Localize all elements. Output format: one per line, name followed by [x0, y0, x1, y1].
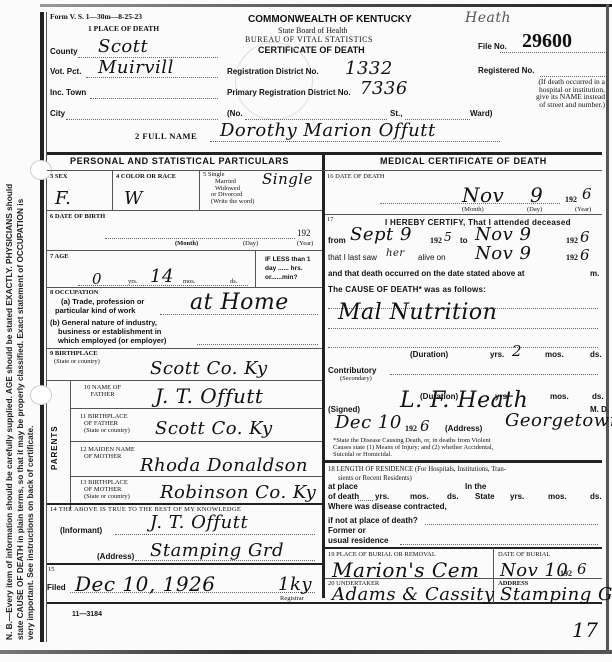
- registrar-label: Registrar: [280, 595, 304, 602]
- certify-number: 17: [327, 216, 334, 223]
- signed-year: 192: [405, 424, 417, 433]
- vot-pct-value: Muirvill: [98, 57, 174, 78]
- occurred-text: and that death occurred on the date stat…: [328, 269, 524, 278]
- footer-code: 11—3184: [72, 611, 102, 618]
- former-label: Former or: [328, 526, 366, 535]
- top-right-annotation: Heath: [465, 10, 511, 26]
- contributory-label: Contributory: [328, 366, 376, 375]
- full-name-value: Dorothy Marion Offutt: [220, 120, 436, 141]
- file-number: 29600: [522, 30, 572, 53]
- side-instructions: N. B.—Every item of information should b…: [4, 20, 38, 640]
- in-the-label: In the: [465, 482, 486, 491]
- res-state-mos: mos.: [548, 492, 567, 501]
- dob-month-label: (Month): [175, 240, 198, 247]
- to-label: to: [460, 236, 468, 245]
- signed-year-suffix: 6: [420, 417, 430, 435]
- death-year-label: (Year): [575, 206, 591, 213]
- informant-label: (Informant): [60, 526, 102, 535]
- medical-section-title: MEDICAL CERTIFICATE OF DEATH: [380, 156, 547, 166]
- m-label: m.: [590, 269, 599, 278]
- burial-year: 192: [560, 569, 572, 578]
- header-commonwealth: COMMONWEALTH OF KENTUCKY: [248, 14, 412, 25]
- mother-birthplace-label: 13 BIRTHPLACE OF MOTHER (State or countr…: [80, 479, 130, 500]
- faint-seal: [235, 42, 313, 120]
- sex-label: 3 SEX: [50, 173, 68, 180]
- bottom-annotation: 17: [572, 618, 598, 642]
- res-place-ds: ds.: [447, 492, 459, 501]
- ward-label: Ward): [470, 109, 492, 118]
- informant-value: J. T. Offutt: [150, 512, 248, 533]
- death-day-label: (Day): [527, 206, 542, 213]
- signed-date: Dec 10: [335, 412, 402, 433]
- race-value: W: [124, 188, 143, 209]
- undertaker-address: Stamping Grd: [500, 584, 612, 605]
- ds-label: ds.: [230, 278, 237, 285]
- father-name-value: J. T. Offutt: [155, 384, 263, 408]
- death-certificate-page: N. B.—Every item of information should b…: [0, 0, 612, 662]
- dob-label: 6 DATE OF BIRTH: [50, 213, 105, 220]
- birthplace-value: Scott Co. Ky: [150, 358, 268, 379]
- from-year: 192: [430, 236, 442, 245]
- st-label: St.,: [390, 109, 402, 118]
- side-note-line-3: very important. See instructions on back…: [25, 20, 36, 640]
- date-of-death-label: 16 DATE OF DEATH: [327, 173, 385, 180]
- to-year: 192: [566, 236, 578, 245]
- secondary-label: (Secondary): [340, 375, 372, 382]
- occupation-b-label: (b) General nature of industry, business…: [50, 318, 166, 345]
- informant-address-label: (Address): [97, 552, 134, 561]
- burial-year-suffix: 6: [577, 560, 587, 578]
- of-death-label: of death: [328, 492, 359, 501]
- state-label: State: [475, 492, 495, 501]
- full-name-label: 2 FULL NAME: [135, 131, 197, 141]
- sex-value: F.: [55, 188, 71, 209]
- contrib-ds-label: ds.: [592, 392, 604, 401]
- inc-town-label: Inc. Town: [50, 88, 86, 97]
- from-date: Sept 9: [350, 224, 412, 245]
- res-state-yrs: yrs.: [510, 492, 524, 501]
- informant-address-value: Stamping Grd: [150, 540, 284, 561]
- primary-registration-label: Primary Registration District No.: [227, 88, 351, 97]
- duration-label: (Duration): [410, 350, 448, 359]
- if-less-label: IF LESS than 1 day ...... hrs. or......m…: [265, 255, 311, 282]
- race-label: 4 COLOR OR RACE: [116, 173, 176, 180]
- birthplace-label: 9 BIRTHPLACE: [50, 350, 98, 357]
- age-label: 7 AGE: [50, 253, 69, 260]
- physician-address-label: (Address): [445, 424, 482, 433]
- header-board: State Board of Health: [278, 26, 348, 35]
- registrar-value: 1ky: [278, 574, 312, 595]
- burial-label: 19 PLACE OF BURIAL OR REMOVAL: [328, 551, 436, 558]
- marital-label: 5 Single Married Widowed or Divorced (Wr…: [203, 172, 254, 206]
- place-of-death-label: 1 PLACE OF DEATH: [88, 24, 159, 33]
- occupation-a-label: (a) Trade, profession or particular kind…: [55, 297, 144, 315]
- county-label: County: [50, 47, 78, 56]
- filed-label: Filed: [47, 583, 66, 592]
- father-birthplace-label: 11 BIRTHPLACE OF FATHER (State or countr…: [80, 413, 130, 434]
- at-place-label: at place: [328, 482, 358, 491]
- yrs-label: yrs.: [128, 278, 138, 285]
- birthplace-sub-label: (State or country): [54, 358, 100, 365]
- father-name-label: 10 NAME OF FATHER: [80, 384, 125, 398]
- duration-months: 2: [512, 342, 522, 360]
- cause-footnote: *State the Disease Causing Death, or, in…: [333, 437, 493, 458]
- duration-yrs-label: yrs.: [490, 350, 504, 359]
- punch-hole-bottom: [30, 385, 52, 405]
- duration-ds-label: ds.: [590, 350, 602, 359]
- dob-year: 192: [297, 228, 311, 238]
- occupation-label: 8 OCCUPATION: [50, 289, 98, 296]
- from-year-suffix: 5: [444, 230, 452, 244]
- page-right-edge: [606, 4, 609, 654]
- alive-on-label: alive on: [418, 253, 446, 262]
- dob-year-label: (Year): [297, 240, 313, 247]
- res-place-mos: mos.: [410, 492, 429, 501]
- registration-district-value: 1332: [345, 58, 393, 79]
- side-note-line-2: state CAUSE OF DEATH in plain terms, so …: [15, 20, 26, 640]
- primary-registration-value: 7336: [360, 78, 408, 99]
- duration-mos-label: mos.: [545, 350, 564, 359]
- left-border-thick: [40, 12, 44, 642]
- cause-label: The CAUSE OF DEATH* was as follows:: [328, 285, 486, 294]
- occupation-value: at Home: [190, 290, 289, 315]
- personal-section-title: PERSONAL AND STATISTICAL PARTICULARS: [70, 156, 289, 166]
- to-year-suffix: 6: [580, 228, 590, 246]
- marital-value: Single: [262, 170, 313, 188]
- file-no-label: File No.: [478, 42, 507, 51]
- city-label: City: [50, 109, 65, 118]
- cause-value: Mal Nutrition: [338, 300, 497, 325]
- physician-address: Georgetown Ky: [505, 410, 612, 431]
- column-divider: [322, 152, 325, 598]
- undertaker-value: Adams & Cassity: [332, 584, 495, 605]
- page-bottom-edge: [0, 650, 612, 654]
- contracted-label: Where was disease contracted,: [328, 502, 447, 511]
- page-top-edge: [40, 4, 612, 7]
- mos-label: mos.: [183, 278, 195, 285]
- left-border-thin: [46, 12, 47, 642]
- death-year-prefix: 192: [565, 195, 577, 204]
- side-note-line-1: N. B.—Every item of information should b…: [4, 20, 15, 640]
- death-day: 9: [530, 183, 543, 207]
- burial-date-label: DATE OF BURIAL: [498, 551, 550, 558]
- from-label: from: [328, 236, 346, 245]
- filed-number: 15: [48, 566, 55, 573]
- age-years: 0: [92, 270, 102, 288]
- death-month-label: (Month): [462, 206, 484, 213]
- usual-residence-label: usual residence: [328, 536, 388, 545]
- residence-label: 18 LENGTH OF RESIDENCE (For Hospitals, I…: [328, 465, 506, 483]
- mother-maiden-label: 12 MAIDEN NAME OF MOTHER: [80, 446, 135, 460]
- dob-day-label: (Day): [243, 240, 258, 247]
- death-year-suffix: 6: [582, 185, 592, 203]
- to-date: Nov 9: [475, 224, 531, 245]
- registration-district-label: Registration District No.: [227, 67, 319, 76]
- contrib-mos-label: mos.: [550, 392, 569, 401]
- if-not-label: if not at place of death?: [328, 516, 418, 525]
- filed-date: Dec 10, 1926: [75, 572, 216, 596]
- last-saw-year: 192: [566, 253, 578, 262]
- mother-birthplace-value: Robinson Co. Ky: [160, 482, 316, 503]
- res-state-ds: ds.: [590, 492, 602, 501]
- hospital-note: (If death occurred in a hospital or inst…: [515, 78, 605, 108]
- mother-maiden-value: Rhoda Donaldson: [140, 455, 308, 476]
- father-birthplace-value: Scott Co. Ky: [155, 418, 273, 439]
- last-saw-pronoun: her: [386, 248, 405, 259]
- no-label: (No.: [227, 109, 243, 118]
- last-saw-year-suffix: 6: [580, 246, 590, 264]
- death-month: Nov: [462, 183, 504, 207]
- last-saw-label: that I last saw: [328, 253, 377, 262]
- res-place-yrs: yrs.: [375, 492, 389, 501]
- registered-no-label: Registered No.: [478, 66, 534, 75]
- parents-label: PARENTS: [50, 425, 59, 470]
- vot-pct-label: Vot. Pct.: [50, 67, 81, 76]
- county-value: Scott: [98, 36, 148, 57]
- form-number: Form V. S. 1—30m—8-25-23: [50, 12, 142, 21]
- last-saw-date: Nov 9: [475, 243, 531, 264]
- age-months: 14: [150, 266, 174, 287]
